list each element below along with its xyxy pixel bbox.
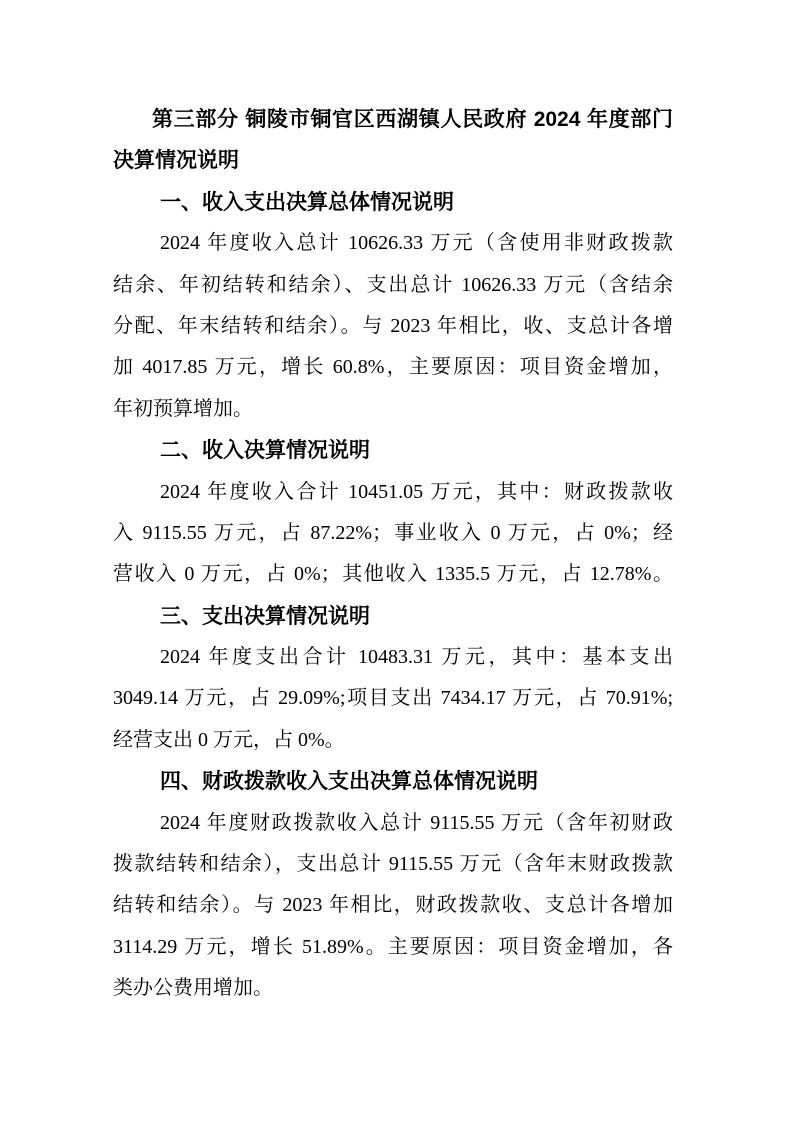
section-3-line-2: 3049.14 万元，占 29.09%;项目支出 7434.17 万元，占 70…: [113, 678, 673, 719]
section-3-line-3: 经营支出 0 万元，占 0%。: [113, 720, 673, 761]
document-title-line-1: 第三部分 铜陵市铜官区西湖镇人民政府 2024 年度部门: [113, 99, 673, 140]
section-4-line-1: 2024 年度财政拨款收入总计 9115.55 万元（含年初财政: [113, 803, 673, 844]
document-body: 第三部分 铜陵市铜官区西湖镇人民政府 2024 年度部门 决算情况说明 一、收入…: [113, 99, 673, 1010]
section-2-line-2: 入 9115.55 万元，占 87.22%；事业收入 0 万元，占 0%；经: [113, 513, 673, 554]
section-3-heading: 三、支出决算情况说明: [113, 596, 673, 637]
section-4-line-3: 结转和结余）。与 2023 年相比，财政拨款收、支总计各增加: [113, 885, 673, 926]
section-1-line-5: 年初预算增加。: [113, 389, 673, 430]
section-1-line-1: 2024 年度收入总计 10626.33 万元（含使用非财政拨款: [113, 223, 673, 264]
section-1-line-4: 加 4017.85 万元，增长 60.8%，主要原因：项目资金增加，: [113, 347, 673, 388]
section-1-line-3: 分配、年末结转和结余）。与 2023 年相比，收、支总计各增: [113, 306, 673, 347]
section-4-line-4: 3114.29 万元，增长 51.89%。主要原因：项目资金增加，各: [113, 927, 673, 968]
section-2-line-3: 营收入 0 万元，占 0%；其他收入 1335.5 万元，占 12.78%。: [113, 554, 673, 595]
section-4-line-2: 拨款结转和结余），支出总计 9115.55 万元（含年末财政拨款: [113, 844, 673, 885]
section-4-heading: 四、财政拨款收入支出决算总体情况说明: [113, 761, 673, 802]
document-page: { "page": { "background_color": "#ffffff…: [0, 0, 793, 1122]
section-1-heading: 一、收入支出决算总体情况说明: [113, 182, 673, 223]
section-2-line-1: 2024 年度收入合计 10451.05 万元，其中：财政拨款收: [113, 472, 673, 513]
section-1-line-2: 结余、年初结转和结余）、支出总计 10626.33 万元（含结余: [113, 265, 673, 306]
document-title-line-2: 决算情况说明: [113, 140, 673, 181]
section-4-line-5: 类办公费用增加。: [113, 968, 673, 1009]
section-3-line-1: 2024 年度支出合计 10483.31 万元，其中：基本支出: [113, 637, 673, 678]
section-2-heading: 二、收入决算情况说明: [113, 430, 673, 471]
